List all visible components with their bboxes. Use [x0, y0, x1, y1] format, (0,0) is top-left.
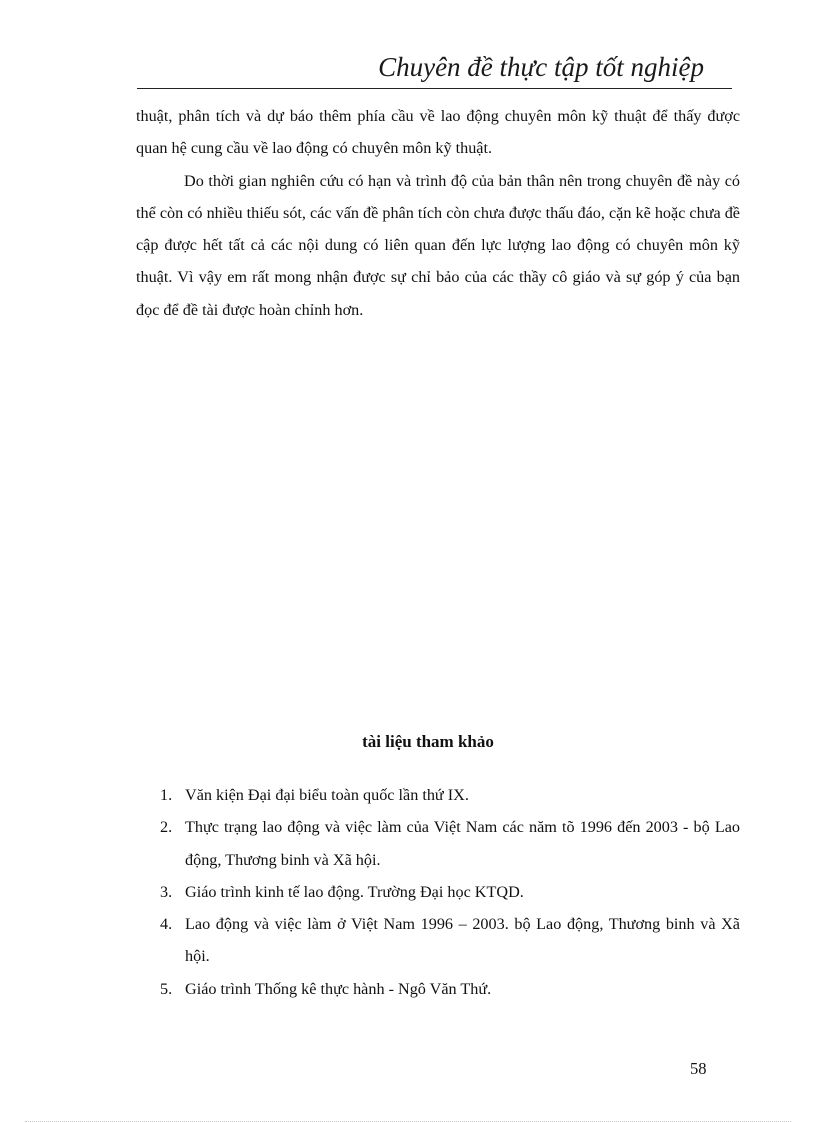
paragraph: thuật, phân tích và dự báo thêm phía cầu… [136, 100, 740, 165]
reference-number: 2. [160, 811, 172, 843]
reference-number: 4. [160, 908, 172, 940]
reference-item: 5. Giáo trình Thống kê thực hành - Ngô V… [136, 973, 740, 1005]
reference-text: Lao động và việc làm ở Việt Nam 1996 – 2… [185, 915, 740, 965]
page-header: Chuyên đề thực tập tốt nghiệp [137, 48, 732, 89]
header-title: Chuyên đề thực tập tốt nghiệp [378, 50, 704, 84]
reference-text: Thực trạng lao động và việc làm của Việt… [185, 818, 740, 868]
page-number: 58 [690, 1058, 707, 1080]
reference-text: Giáo trình Thống kê thực hành - Ngô Văn … [185, 980, 491, 998]
body-text: thuật, phân tích và dự báo thêm phía cầu… [136, 100, 740, 326]
reference-text: Văn kiện Đại đại biểu toàn quốc lần thứ … [185, 786, 469, 804]
reference-item: 1. Văn kiện Đại đại biểu toàn quốc lần t… [136, 779, 740, 811]
reference-item: 2. Thực trạng lao động và việc làm của V… [136, 811, 740, 876]
reference-number: 5. [160, 973, 172, 1005]
paragraph: Do thời gian nghiên cứu có hạn và trình … [136, 165, 740, 326]
page-edge-divider [25, 1121, 791, 1122]
references-heading: tài liệu tham khảo [0, 728, 816, 756]
reference-item: 3. Giáo trình kinh tế lao động. Trường Đ… [136, 876, 740, 908]
reference-text: Giáo trình kinh tế lao động. Trường Đại … [185, 883, 524, 901]
reference-number: 3. [160, 876, 172, 908]
reference-item: 4. Lao động và việc làm ở Việt Nam 1996 … [136, 908, 740, 973]
reference-number: 1. [160, 779, 172, 811]
references-list: 1. Văn kiện Đại đại biểu toàn quốc lần t… [136, 779, 740, 1005]
